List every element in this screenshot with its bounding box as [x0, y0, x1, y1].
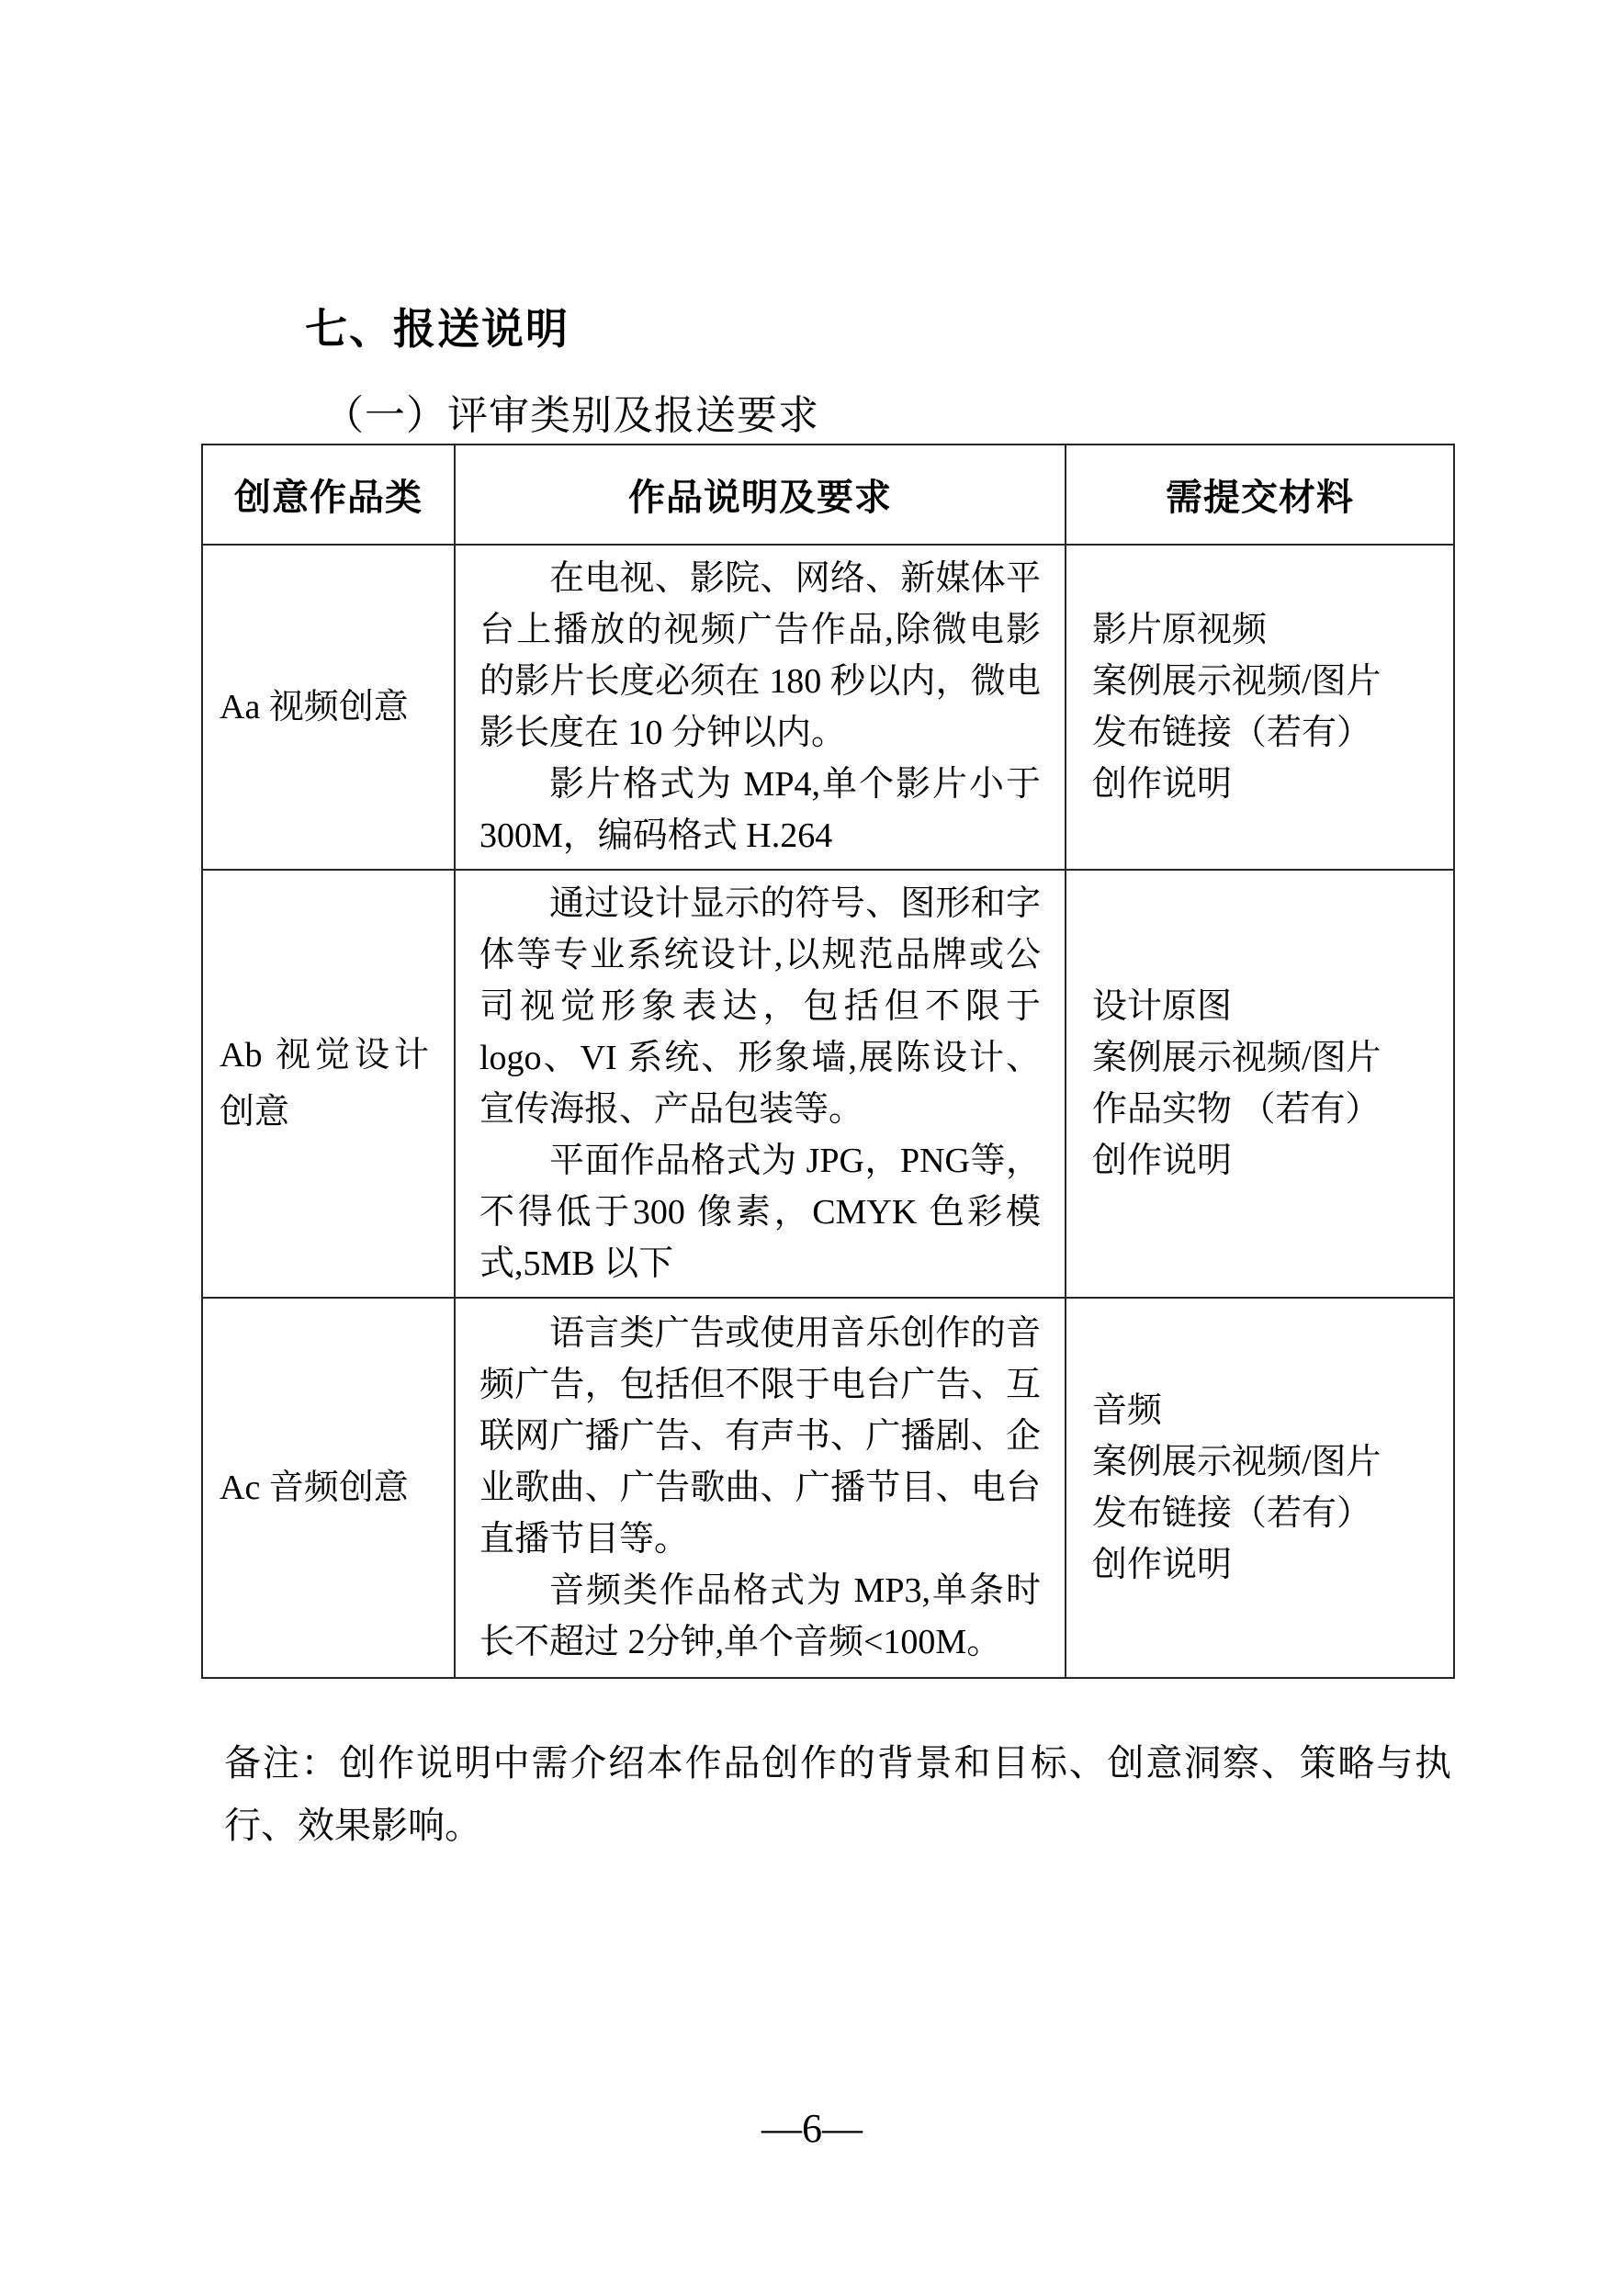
materials-cell: 音频 案例展示视频/图片 发布链接（若有） 创作说明	[1066, 1298, 1454, 1678]
description-paragraph: 在电视、影院、网络、新媒体平台上播放的视频广告作品,除微电影的影片长度必须在 1…	[479, 553, 1041, 759]
description-paragraph: 平面作品格式为 JPG，PNG等，不得低于300 像素，CMYK 色彩模式,5M…	[479, 1135, 1041, 1289]
page-number: —6—	[0, 2105, 1624, 2152]
description-cell: 通过设计显示的符号、图形和字体等专业系统设计,以规范品牌或公司视觉形象表达，包括…	[455, 870, 1066, 1298]
document-page: 七、报送说明 （一）评审类别及报送要求 创意作品类 作品说明及要求 需提交材料 …	[0, 0, 1624, 2296]
material-item: 案例展示视频/图片	[1092, 1032, 1444, 1084]
category-cell: Ab 视觉设计创意	[202, 870, 455, 1298]
material-item: 作品实物 （若有）	[1092, 1084, 1444, 1135]
section-subtitle: （一）评审类别及报送要求	[323, 382, 819, 441]
table-row-aa-video: Aa 视频创意 在电视、影院、网络、新媒体平台上播放的视频广告作品,除微电影的影…	[202, 545, 1454, 870]
material-item: 案例展示视频/图片	[1092, 1436, 1444, 1488]
material-item: 音频	[1092, 1385, 1444, 1436]
material-item: 影片原视频	[1092, 604, 1444, 656]
description-paragraph: 影片格式为 MP4,单个影片小于 300M，编码格式 H.264	[479, 759, 1041, 861]
category-cell: Aa 视频创意	[202, 545, 455, 870]
submission-table-wrapper: 创意作品类 作品说明及要求 需提交材料 Aa 视频创意 在电视、影院、网络、新媒…	[201, 444, 1455, 1679]
category-label: Ab 视觉设计创意	[220, 1027, 429, 1141]
table-row-ac-audio: Ac 音频创意 语言类广告或使用音乐创作的音频广告，包括但不限于电台广告、互联网…	[202, 1298, 1454, 1678]
category-cell: Ac 音频创意	[202, 1298, 455, 1678]
materials-cell: 影片原视频 案例展示视频/图片 发布链接（若有） 创作说明	[1066, 545, 1454, 870]
materials-cell: 设计原图 案例展示视频/图片 作品实物 （若有） 创作说明	[1066, 870, 1454, 1298]
table-row-ab-visual-design: Ab 视觉设计创意 通过设计显示的符号、图形和字体等专业系统设计,以规范品牌或公…	[202, 870, 1454, 1298]
material-item: 案例展示视频/图片	[1092, 656, 1444, 707]
note-text: 备注：创作说明中需介绍本作品创作的背景和目标、创意洞察、策略与执行、效果影响。	[224, 1732, 1451, 1857]
material-item: 发布链接（若有）	[1092, 707, 1444, 759]
material-item: 设计原图	[1092, 981, 1444, 1032]
material-item: 创作说明	[1092, 1135, 1444, 1187]
submission-requirements-table: 创意作品类 作品说明及要求 需提交材料 Aa 视频创意 在电视、影院、网络、新媒…	[201, 444, 1455, 1679]
description-paragraph: 语言类广告或使用音乐创作的音频广告，包括但不限于电台广告、互联网广播广告、有声书…	[479, 1308, 1041, 1565]
category-label: Aa 视频创意	[220, 679, 441, 736]
description-cell: 在电视、影院、网络、新媒体平台上播放的视频广告作品,除微电影的影片长度必须在 1…	[455, 545, 1066, 870]
header-cell-materials: 需提交材料	[1066, 445, 1454, 545]
table-header-row: 创意作品类 作品说明及要求 需提交材料	[202, 445, 1454, 545]
header-cell-category: 创意作品类	[202, 445, 455, 545]
header-cell-description: 作品说明及要求	[455, 445, 1066, 545]
description-paragraph: 音频类作品格式为 MP3,单条时长不超过 2分钟,单个音频<100M。	[479, 1565, 1041, 1668]
category-label: Ac 音频创意	[220, 1459, 441, 1516]
material-item: 创作说明	[1092, 759, 1444, 810]
material-item: 发布链接（若有）	[1092, 1488, 1444, 1539]
page-title: 七、报送说明	[305, 296, 570, 356]
material-item: 创作说明	[1092, 1539, 1444, 1591]
description-paragraph: 通过设计显示的符号、图形和字体等专业系统设计,以规范品牌或公司视觉形象表达，包括…	[479, 878, 1041, 1135]
description-cell: 语言类广告或使用音乐创作的音频广告，包括但不限于电台广告、互联网广播广告、有声书…	[455, 1298, 1066, 1678]
